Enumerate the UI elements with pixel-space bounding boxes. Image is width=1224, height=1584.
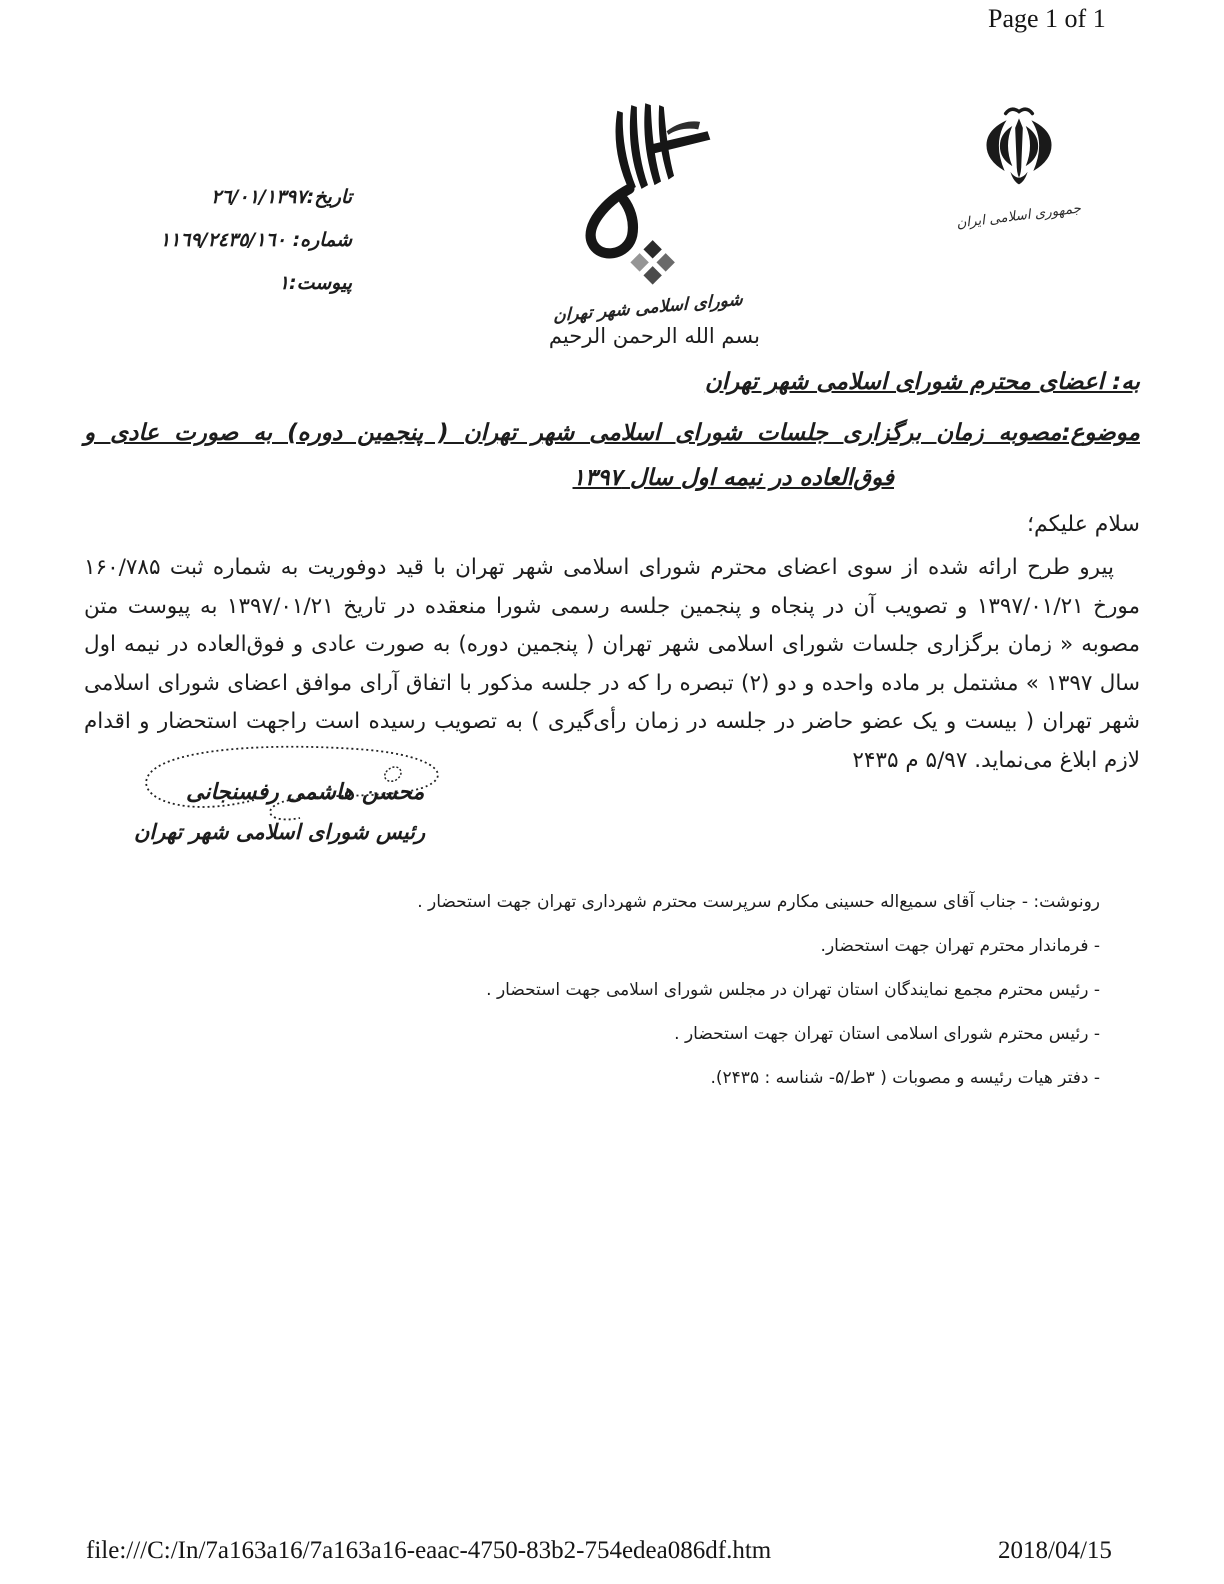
salutation: سلام علیکم؛ (1027, 512, 1140, 537)
letter-number-value: ١١٦٩/٢٤٣٥/١٦٠ (160, 229, 286, 251)
cc-item: - جناب آقای سمیع‌اله حسینی مکارم سرپرست … (417, 892, 1028, 912)
council-logo-caption: شورای اسلامی شهر تهران (553, 290, 743, 327)
letter-number-row: شماره: ١١٦٩/٢٤٣٥/١٦٠ (160, 227, 352, 270)
signer-name: محسن هاشمی رفسنجانی (186, 780, 424, 805)
print-footer-file-url: file:///C:/In/7a163a16/7a163a16-eaac-475… (86, 1537, 771, 1565)
signature-block: محسن هاشمی رفسنجانی رئیس شورای اسلامی شه… (124, 748, 524, 878)
iran-emblem: جمهوری اسلامی ایران (944, 104, 1094, 224)
cc-line: - دفتر هیات رئیسه و مصوبات ( ۳ط/۵- شناسه… (100, 1066, 1100, 1110)
cc-heading: رونوشت: (1033, 892, 1100, 912)
besmellah-line: بسم الله الرحمن الرحیم (549, 324, 760, 348)
letter-date-row: تاریخ:٢٦/٠١/١٣٩٧ (160, 184, 352, 227)
cc-line: - رئیس محترم مجمع نمایندگان استان تهران … (100, 978, 1100, 1022)
council-logo-icon (573, 94, 723, 294)
cc-list: رونوشت: - جناب آقای سمیع‌اله حسینی مکارم… (100, 890, 1100, 1110)
print-footer-date: 2018/04/15 (998, 1537, 1112, 1565)
subject-block: موضوع:مصوبه زمان برگزاری جلسات شورای اسل… (84, 411, 1140, 501)
subject-line-2: فوق‌العاده در نیمه اول سال ۱۳۹۷ (573, 456, 895, 501)
iran-emblem-icon (971, 104, 1067, 192)
letter-date-value: ٢٦/٠١/١٣٩٧ (211, 186, 307, 208)
iran-emblem-caption: جمهوری اسلامی ایران (956, 200, 1082, 231)
addressee-line: به: اعضای محترم شورای اسلامی شهر تهران (705, 369, 1140, 395)
letter-attachment-row: پیوست:١ (160, 270, 352, 313)
cc-line: - فرماندار محترم تهران جهت استحضار. (100, 934, 1100, 978)
letter-attachment-value: ١ (279, 272, 289, 294)
printed-letter-page: Page 1 of 1 تاریخ:٢٦/٠١/١٣٩٧ شماره: ١١٦٩… (0, 0, 1224, 1584)
subject-line-1: موضوع:مصوبه زمان برگزاری جلسات شورای اسل… (84, 411, 1140, 456)
council-logo: شورای اسلامی شهر تهران (548, 94, 748, 318)
letter-attachment-label: پیوست: (289, 272, 352, 294)
signer-title: رئیس شورای اسلامی شهر تهران (134, 820, 425, 844)
print-page-indicator: Page 1 of 1 (988, 4, 1106, 34)
letterhead-meta: تاریخ:٢٦/٠١/١٣٩٧ شماره: ١١٦٩/٢٤٣٥/١٦٠ پی… (160, 184, 352, 313)
cc-line: - رئیس محترم شورای اسلامی استان تهران جه… (100, 1022, 1100, 1066)
letter-number-label: شماره: (293, 229, 352, 251)
letter-date-label: تاریخ: (307, 186, 352, 208)
reference-code: ۵/۹۷ م ۲۴۳۵ (852, 748, 967, 773)
cc-line: رونوشت: - جناب آقای سمیع‌اله حسینی مکارم… (100, 890, 1100, 934)
